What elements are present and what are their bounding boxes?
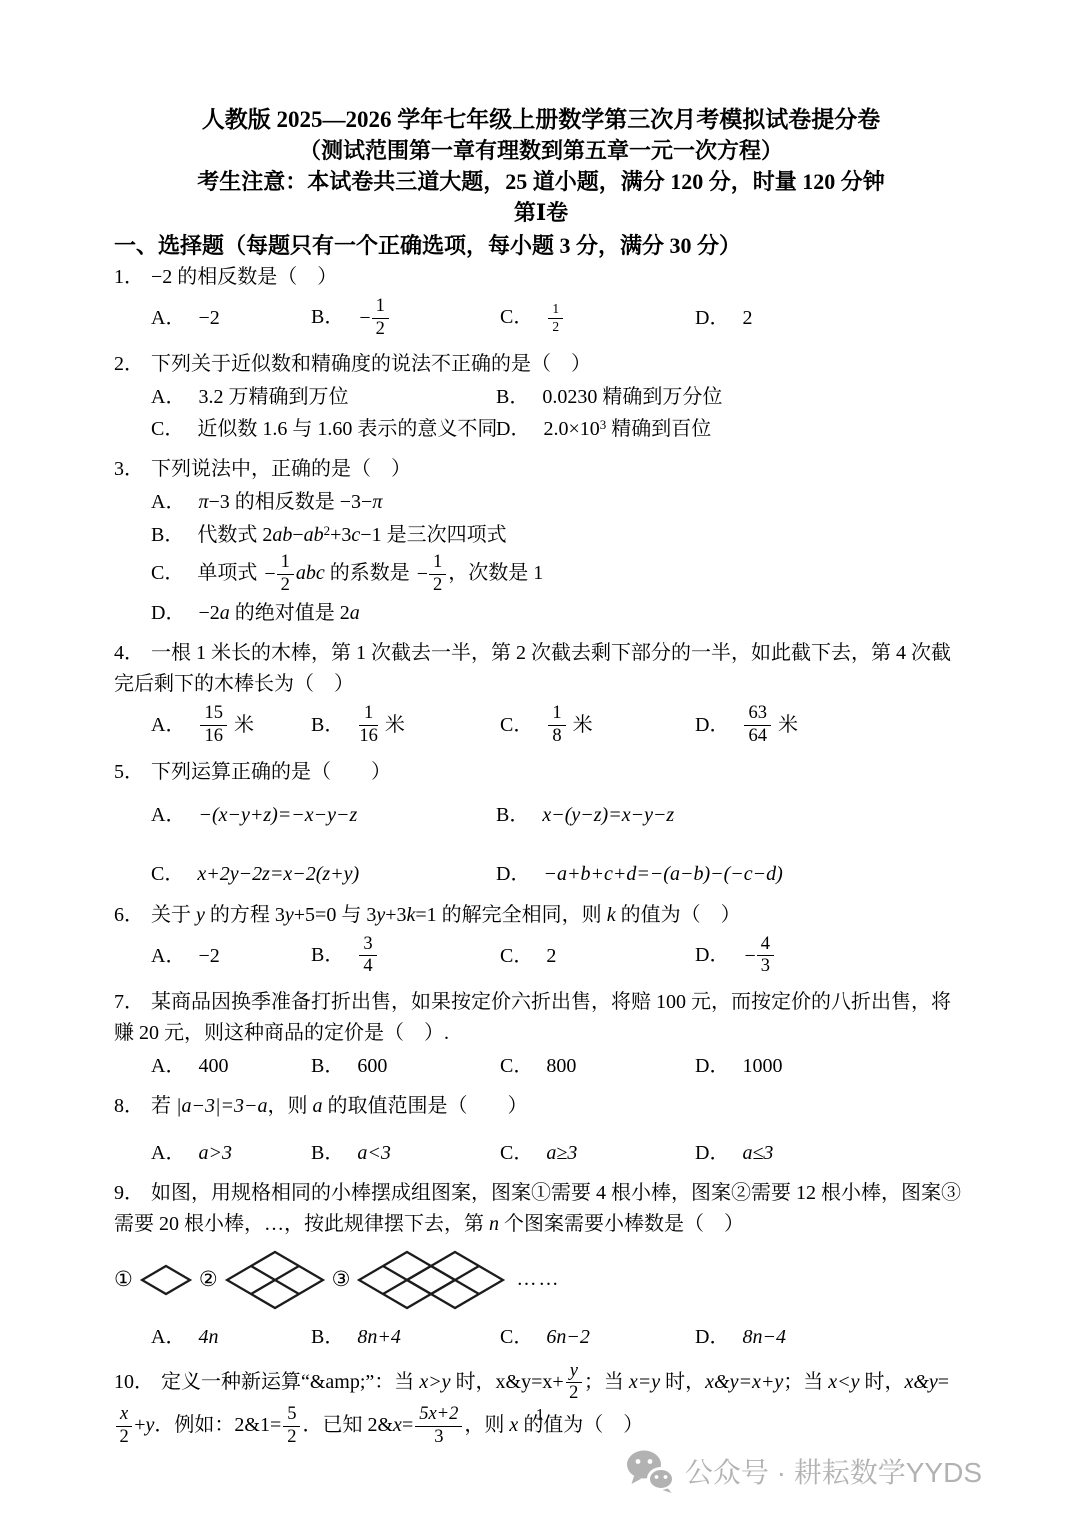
pattern-label-1: ① <box>114 1264 133 1295</box>
math-run: −a+b+c+d=−(a−b)−(−c−d) <box>543 863 782 885</box>
option-content: x+2y−2z=x−2(z+y) <box>197 863 359 885</box>
text-run: ；当 <box>584 1371 629 1393</box>
numerator: 1 <box>372 296 389 319</box>
fraction: 18 <box>548 704 565 747</box>
math-run: 8n−4 <box>742 1326 786 1348</box>
options: A．1516 米B．116 米C．18 米D．6364 米 <box>114 704 968 747</box>
text-run: 关于 <box>151 904 196 926</box>
denominator: 16 <box>200 726 227 747</box>
option-label: A． <box>151 804 185 826</box>
option-C: C．6n−2 <box>500 1322 695 1353</box>
option-D: D．2 <box>695 303 968 334</box>
denominator: 2 <box>372 319 389 340</box>
option-content: −2 <box>198 307 219 329</box>
option-content: −2 <box>198 945 219 967</box>
question-number: 5． <box>114 761 144 783</box>
footer-watermark: 公众号 · 耕耘数学YYDS <box>625 1449 982 1493</box>
text-run: 某商品因换季准备打折出售，如果按定价六折出售，将赔 100 元，而按定价的八折出… <box>114 991 951 1044</box>
option-C: C．18 米 <box>500 704 695 747</box>
ellipsis: …… <box>516 1264 560 1295</box>
text-run: 时， <box>660 1371 705 1393</box>
math-run: π <box>198 491 208 513</box>
options: A．−2B．−12C．12D．2 <box>114 297 968 340</box>
question-stem: 9．如图，用规格相同的小棒摆成组图案，图案①需要 4 根小棒，图案②需要 12 … <box>114 1178 968 1240</box>
option-content: 6364 米 <box>742 714 798 736</box>
question-number: 2． <box>114 353 144 375</box>
math-run: a<3 <box>357 1142 391 1164</box>
denominator: 16 <box>359 726 378 747</box>
text-run: − <box>292 524 303 546</box>
text-run: 2 <box>546 945 556 967</box>
text-run: ，次数是 1 <box>448 562 543 584</box>
text-run: 单项式 <box>197 562 262 584</box>
text-run: ，则 <box>267 1095 312 1117</box>
math-run: x−(y−z)=x−y−z <box>542 804 674 826</box>
options: A．a>3B．a<3C．a≥3D．a≤3 <box>114 1138 968 1169</box>
text-run: 的取值范围是（ ） <box>322 1095 527 1117</box>
text-run: 精确到百位 <box>606 418 711 440</box>
text-run: 下列说法中，正确的是（ ） <box>151 458 411 480</box>
option-label: A． <box>151 491 185 513</box>
option-content: 116 米 <box>357 714 405 736</box>
text-run: +5=0 与 3 <box>294 904 377 926</box>
option-B: B．a<3 <box>311 1138 500 1169</box>
option-A: A．−2 <box>151 303 311 334</box>
option-B: B．x−(y−z)=x−y−z <box>496 800 968 831</box>
text-run: 定义一种新运算“&amp;”：当 <box>161 1371 419 1393</box>
fraction-stack: 12 <box>372 296 389 339</box>
text-run: 米 <box>380 714 405 736</box>
option-content: a≤3 <box>742 1142 773 1164</box>
math-run: |a−3|=3−a <box>176 1095 267 1117</box>
fraction: 1516 <box>200 704 227 747</box>
text-run: 一根 1 米长的木棒，第 1 次截去一半，第 2 次截去剩下部分的一半，如此截下… <box>114 642 951 695</box>
fraction: −12 <box>417 553 447 596</box>
math-run: a≤3 <box>742 1142 773 1164</box>
math-run: c <box>351 524 360 546</box>
text-run: 米 <box>568 714 593 736</box>
option-content: 8n−4 <box>742 1326 786 1348</box>
option-label: D． <box>695 1142 729 1164</box>
option-A: A．1516 米 <box>151 704 311 747</box>
math-run: x<y <box>828 1371 859 1393</box>
math-run: π <box>372 491 382 513</box>
denominator: 2 <box>566 1383 582 1404</box>
watermark-text: 公众号 · 耕耘数学YYDS <box>685 1451 982 1491</box>
pattern-label-3: ③ <box>332 1264 351 1295</box>
option-label: B． <box>496 804 529 826</box>
option-label: A． <box>151 945 185 967</box>
option-label: A． <box>151 714 185 736</box>
option-label: A． <box>151 1142 185 1164</box>
option-label: B． <box>151 524 184 546</box>
option-label: D． <box>695 944 729 966</box>
question-4: 4．一根 1 米长的木棒，第 1 次截去一半，第 2 次截去剩下部分的一半，如此… <box>114 638 968 747</box>
option-A: A．π−3 的相反数是 −3−π <box>151 487 968 518</box>
fraction-stack: 12 <box>277 552 294 595</box>
option-D: D．−a+b+c+d=−(a−b)−(−c−d) <box>496 859 968 890</box>
option-content: −43 <box>742 944 776 966</box>
option-label: C． <box>151 562 184 584</box>
denominator: 2 <box>283 1427 300 1448</box>
fraction: −43 <box>744 935 774 978</box>
option-label: C． <box>151 418 184 440</box>
text-run: 的绝对值是 2 <box>230 602 350 624</box>
diamond-pattern-2 <box>225 1250 325 1310</box>
text-run: 2.0×10 <box>543 418 599 440</box>
option-content: 单项式 −12abc 的系数是 −12，次数是 1 <box>197 562 543 584</box>
exam-title: 人教版 2025—2026 学年七年级上册数学第三次月考模拟试卷提分卷 <box>114 104 968 135</box>
option-D: D．8n−4 <box>695 1322 968 1353</box>
option-C: C．单项式 −12abc 的系数是 −12，次数是 1 <box>151 553 968 596</box>
option-label: D． <box>496 418 530 440</box>
option-C: C．a≥3 <box>500 1138 695 1169</box>
option-label: B． <box>311 1055 344 1077</box>
options: A．4nB．8n+4C．6n−2D．8n−4 <box>114 1322 968 1353</box>
text-run: =1 的解完全相同，则 <box>415 904 606 926</box>
minus-sign: − <box>744 941 755 972</box>
denominator: 3 <box>757 956 774 977</box>
option-A: A．3.2 万精确到万位 <box>151 382 496 413</box>
diamond-pattern-1 <box>140 1250 192 1310</box>
text-run: = <box>938 1371 949 1393</box>
question-number: 3． <box>114 458 144 480</box>
fraction: y2 <box>566 1362 582 1405</box>
option-A: A．a>3 <box>151 1138 311 1169</box>
math-run: 8n+4 <box>357 1326 401 1348</box>
option-content: π−3 的相反数是 −3−π <box>198 491 382 513</box>
text-run: 时， <box>859 1371 904 1393</box>
minus-sign: − <box>359 303 370 334</box>
option-label: B． <box>311 944 344 966</box>
option-content: a>3 <box>198 1142 232 1164</box>
option-content: 12 <box>546 306 565 328</box>
math-run: x+2y−2z=x−2(z+y) <box>197 863 359 885</box>
math-run: ab <box>304 524 324 546</box>
option-content: 2.0×103 精确到百位 <box>543 418 711 440</box>
text-run: 的方程 3 <box>205 904 285 926</box>
option-label: B． <box>496 386 529 408</box>
question-8: 8．若 |a−3|=3−a，则 a 的取值范围是（ ）A．a>3B．a<3C．a… <box>114 1091 968 1169</box>
fraction-stack: y2 <box>566 1361 582 1404</box>
option-A: A．4n <box>151 1322 311 1353</box>
text-run: −2 <box>198 307 219 329</box>
option-content: 18 米 <box>546 714 592 736</box>
fraction-stack: 34 <box>359 934 376 977</box>
text-run: ；当 <box>783 1371 828 1393</box>
page-content: 人教版 2025—2026 学年七年级上册数学第三次月考模拟试卷提分卷 （测试范… <box>0 0 1080 1448</box>
numerator: 1 <box>359 703 378 726</box>
option-content: a≥3 <box>546 1142 577 1164</box>
options: A．400B．600C．800D．1000 <box>114 1051 968 1082</box>
option-label: B． <box>311 1326 344 1348</box>
option-content: 1000 <box>742 1055 782 1077</box>
option-label: C． <box>500 945 533 967</box>
option-C: C．近似数 1.6 与 1.60 表示的意义不同 <box>151 414 496 445</box>
fraction: 34 <box>359 935 376 978</box>
text-run: −2 <box>198 945 219 967</box>
exam-paper-page: 人教版 2025—2026 学年七年级上册数学第三次月考模拟试卷提分卷 （测试范… <box>0 0 1080 1527</box>
wechat-icon <box>625 1449 675 1493</box>
fraction-stack: 6364 <box>744 703 771 746</box>
text-run: 3.2 万精确到万位 <box>198 386 348 408</box>
denominator: 4 <box>359 956 376 977</box>
text-run: −3 的相反数是 −3− <box>208 491 372 513</box>
option-content: 近似数 1.6 与 1.60 表示的意义不同 <box>197 418 497 440</box>
denominator: 2 <box>116 1427 132 1448</box>
option-A: A．−2 <box>151 941 311 972</box>
exam-notice: 考生注意：本试卷共三道大题，25 道小题，满分 120 分，时量 120 分钟 <box>114 166 968 197</box>
fraction-stack: 12 <box>429 552 446 595</box>
question-3: 3．下列说法中，正确的是（ ）A．π−3 的相反数是 −3−πB．代数式 2ab… <box>114 454 968 629</box>
options: A．π−3 的相反数是 −3−πB．代数式 2ab−ab2+3c−1 是三次四项… <box>114 487 968 629</box>
option-label: D． <box>151 602 185 624</box>
option-label: C． <box>500 1055 533 1077</box>
option-D: D．−43 <box>695 935 968 978</box>
math-run: x>y <box>419 1371 450 1393</box>
option-label: D． <box>695 1055 729 1077</box>
option-D: D．6364 米 <box>695 704 968 747</box>
text-run: 400 <box>198 1055 228 1077</box>
section-heading: 一、选择题（每题只有一个正确选项，每小题 3 分，满分 30 分） <box>114 230 968 262</box>
question-stem: 5．下列运算正确的是（ ） <box>114 757 968 788</box>
fraction-stack: 12 <box>548 301 563 334</box>
option-content: x−(y−z)=x−y−z <box>542 804 674 826</box>
text-run: 800 <box>546 1055 576 1077</box>
fraction-stack: 1516 <box>200 703 227 746</box>
option-label: C． <box>500 1142 533 1164</box>
fraction-stack: 18 <box>548 703 565 746</box>
option-D: D．1000 <box>695 1051 968 1082</box>
fraction-stack: 116 <box>359 703 378 746</box>
option-B: B．8n+4 <box>311 1322 500 1353</box>
question-stem: 1．−2 的相反数是（ ） <box>114 262 968 293</box>
math-run: x&y=x+y <box>705 1371 783 1393</box>
text-run: 时，x&y=x+ <box>451 1371 564 1393</box>
text-run: 0.0230 精确到万分位 <box>542 386 722 408</box>
minus-sign: − <box>264 559 275 590</box>
numerator: y <box>566 1361 582 1384</box>
fraction: 116 <box>359 704 378 747</box>
option-label: A． <box>151 307 185 329</box>
option-A: A．−(x−y+z)=−x−y−z <box>151 800 496 831</box>
fraction: −12 <box>264 553 294 596</box>
text-run: −1 是三次四项式 <box>360 524 506 546</box>
question-number: 1． <box>114 266 144 288</box>
option-content: 34 <box>357 944 378 966</box>
option-content: −(x−y+z)=−x−y−z <box>198 804 357 826</box>
option-content: 代数式 2ab−ab2+3c−1 是三次四项式 <box>197 524 506 546</box>
denominator: 3 <box>415 1427 462 1448</box>
text-run: −2 <box>198 602 219 624</box>
fraction: 6364 <box>744 704 771 747</box>
volume-heading: 第Ⅰ卷 <box>114 197 968 228</box>
option-content: −a+b+c+d=−(a−b)−(−c−d) <box>543 863 782 885</box>
math-run: a>3 <box>198 1142 232 1164</box>
option-B: B．代数式 2ab−ab2+3c−1 是三次四项式 <box>151 520 968 551</box>
math-run: a <box>312 1095 322 1117</box>
question-number: 6． <box>114 904 144 926</box>
math-run: x&y <box>904 1371 937 1393</box>
text-run: 600 <box>357 1055 387 1077</box>
option-content: 2 <box>742 307 752 329</box>
numerator: 3 <box>359 934 376 957</box>
option-label: D． <box>695 1326 729 1348</box>
pattern-figure: ①②③…… <box>114 1250 968 1310</box>
math-run: 6n−2 <box>546 1326 590 1348</box>
text-run: +3 <box>385 904 406 926</box>
minus-sign: − <box>417 559 428 590</box>
option-label: C． <box>500 306 533 328</box>
math-run: y <box>285 904 294 926</box>
text-run: 的系数是 <box>325 562 415 584</box>
question-1: 1．−2 的相反数是（ ）A．−2B．−12C．12D．2 <box>114 262 968 340</box>
numerator: 1 <box>277 552 294 575</box>
math-run: n <box>489 1213 499 1235</box>
options: A．−2B．34C．2D．−43 <box>114 935 968 978</box>
option-content: 400 <box>198 1055 228 1077</box>
question-2: 2．下列关于近似数和精确度的说法不正确的是（ ）A．3.2 万精确到万位B．0.… <box>114 349 968 445</box>
text-run: 若 <box>151 1095 176 1117</box>
question-stem: 8．若 |a−3|=3−a，则 a 的取值范围是（ ） <box>114 1091 968 1122</box>
option-B: B．116 米 <box>311 704 500 747</box>
option-D: D．a≤3 <box>695 1138 968 1169</box>
option-label: B． <box>311 714 344 736</box>
option-content: 1516 米 <box>198 714 254 736</box>
numerator: 4 <box>757 934 774 957</box>
question-stem: 4．一根 1 米长的木棒，第 1 次截去一半，第 2 次截去剩下部分的一半，如此… <box>114 638 968 700</box>
option-label: C． <box>151 863 184 885</box>
option-content: −12 <box>357 306 391 328</box>
math-run: x=y <box>629 1371 660 1393</box>
math-run: abc <box>296 562 325 584</box>
option-label: C． <box>500 714 533 736</box>
option-content: 0.0230 精确到万分位 <box>542 386 722 408</box>
text-run: 1000 <box>742 1055 782 1077</box>
question-number: 8． <box>114 1095 144 1117</box>
option-content: 800 <box>546 1055 576 1077</box>
math-run: a≥3 <box>546 1142 577 1164</box>
option-content: −2a 的绝对值是 2a <box>198 602 359 624</box>
option-label: D． <box>695 307 729 329</box>
option-C: C．x+2y−2z=x−2(z+y) <box>151 859 496 890</box>
option-B: B．34 <box>311 935 500 978</box>
fraction-stack: 43 <box>757 934 774 977</box>
option-D: D．−2a 的绝对值是 2a <box>151 598 968 629</box>
option-B: B．0.0230 精确到万分位 <box>496 382 968 413</box>
question-7: 7．某商品因换季准备打折出售，如果按定价六折出售，将赔 100 元，而按定价的八… <box>114 987 968 1082</box>
question-6: 6．关于 y 的方程 3y+5=0 与 3y+3k=1 的解完全相同，则 k 的… <box>114 900 968 978</box>
option-B: B．−12 <box>311 297 500 340</box>
option-content: 4n <box>198 1326 218 1348</box>
option-label: B． <box>311 306 344 328</box>
question-number: 10． <box>114 1371 154 1393</box>
numerator: 1 <box>429 552 446 575</box>
math-run: y <box>376 904 385 926</box>
denominator: 2 <box>548 319 563 334</box>
math-run: 4n <box>198 1326 218 1348</box>
math-run: a <box>350 602 360 624</box>
numerator: 1 <box>548 703 565 726</box>
option-content: 8n+4 <box>357 1326 401 1348</box>
option-content: 2 <box>546 945 556 967</box>
text-run: 下列运算正确的是（ ） <box>151 761 391 783</box>
pattern-label-2: ② <box>199 1264 218 1295</box>
fraction: −12 <box>359 297 389 340</box>
text-run: 下列关于近似数和精确度的说法不正确的是（ ） <box>151 353 591 375</box>
option-C: C．800 <box>500 1051 695 1082</box>
option-label: D． <box>695 714 729 736</box>
option-C: C．2 <box>500 941 695 972</box>
text-run: 2 <box>742 307 752 329</box>
option-label: A． <box>151 1055 185 1077</box>
text-run: 近似数 1.6 与 1.60 表示的意义不同 <box>197 418 497 440</box>
denominator: 64 <box>744 726 771 747</box>
option-content: 600 <box>357 1055 387 1077</box>
option-content: 6n−2 <box>546 1326 590 1348</box>
question-number: 9． <box>114 1182 144 1204</box>
math-run: y <box>196 904 205 926</box>
option-label: D． <box>496 863 530 885</box>
option-content: 3.2 万精确到万位 <box>198 386 348 408</box>
denominator: 2 <box>277 575 294 596</box>
math-run: −(x−y+z)=−x−y−z <box>198 804 357 826</box>
text-run: +3 <box>330 524 351 546</box>
option-label: C． <box>500 1326 533 1348</box>
text-run: 的值为（ ） <box>616 904 741 926</box>
denominator: 2 <box>429 575 446 596</box>
exam-subtitle: （测试范围第一章有理数到第五章一元一次方程） <box>114 135 968 166</box>
math-run: k <box>607 904 616 926</box>
text-run: 个图案需要小棒数是（ ） <box>499 1213 744 1235</box>
diamond-pattern-3 <box>357 1250 505 1310</box>
text-run: −2 的相反数是（ ） <box>151 266 337 288</box>
question-5: 5．下列运算正确的是（ ）A．−(x−y+z)=−x−y−zB．x−(y−z)=… <box>114 757 968 890</box>
fraction: 12 <box>548 302 563 335</box>
option-label: A． <box>151 386 185 408</box>
page-number: 1 <box>0 1405 1080 1425</box>
option-content: a<3 <box>357 1142 391 1164</box>
math-run: ab <box>272 524 292 546</box>
question-9: 9．如图，用规格相同的小棒摆成组图案，图案①需要 4 根小棒，图案②需要 12 … <box>114 1178 968 1353</box>
math-run: a <box>220 602 230 624</box>
question-number: 7． <box>114 991 144 1013</box>
question-stem: 2．下列关于近似数和精确度的说法不正确的是（ ） <box>114 349 968 380</box>
option-label: B． <box>311 1142 344 1164</box>
numerator: 63 <box>744 703 771 726</box>
options: A．−(x−y+z)=−x−y−zB．x−(y−z)=x−y−zC．x+2y−2… <box>114 800 968 890</box>
options: A．3.2 万精确到万位B．0.0230 精确到万分位C．近似数 1.6 与 1… <box>114 382 968 445</box>
option-A: A．400 <box>151 1051 311 1082</box>
option-B: B．600 <box>311 1051 500 1082</box>
text-run: 米 <box>229 714 254 736</box>
question-stem: 7．某商品因换季准备打折出售，如果按定价六折出售，将赔 100 元，而按定价的八… <box>114 987 968 1049</box>
question-stem: 6．关于 y 的方程 3y+5=0 与 3y+3k=1 的解完全相同，则 k 的… <box>114 900 968 931</box>
denominator: 8 <box>548 726 565 747</box>
question-stem: 3．下列说法中，正确的是（ ） <box>114 454 968 485</box>
numerator: 15 <box>200 703 227 726</box>
numerator: 1 <box>548 301 563 318</box>
option-D: D．2.0×103 精确到百位 <box>496 414 968 445</box>
question-number: 4． <box>114 642 144 664</box>
question-list: 1．−2 的相反数是（ ）A．−2B．−12C．12D．22．下列关于近似数和精… <box>114 262 968 1448</box>
text-run: 代数式 2 <box>197 524 272 546</box>
option-C: C．12 <box>500 302 695 335</box>
option-label: A． <box>151 1326 185 1348</box>
text-run: 米 <box>773 714 798 736</box>
